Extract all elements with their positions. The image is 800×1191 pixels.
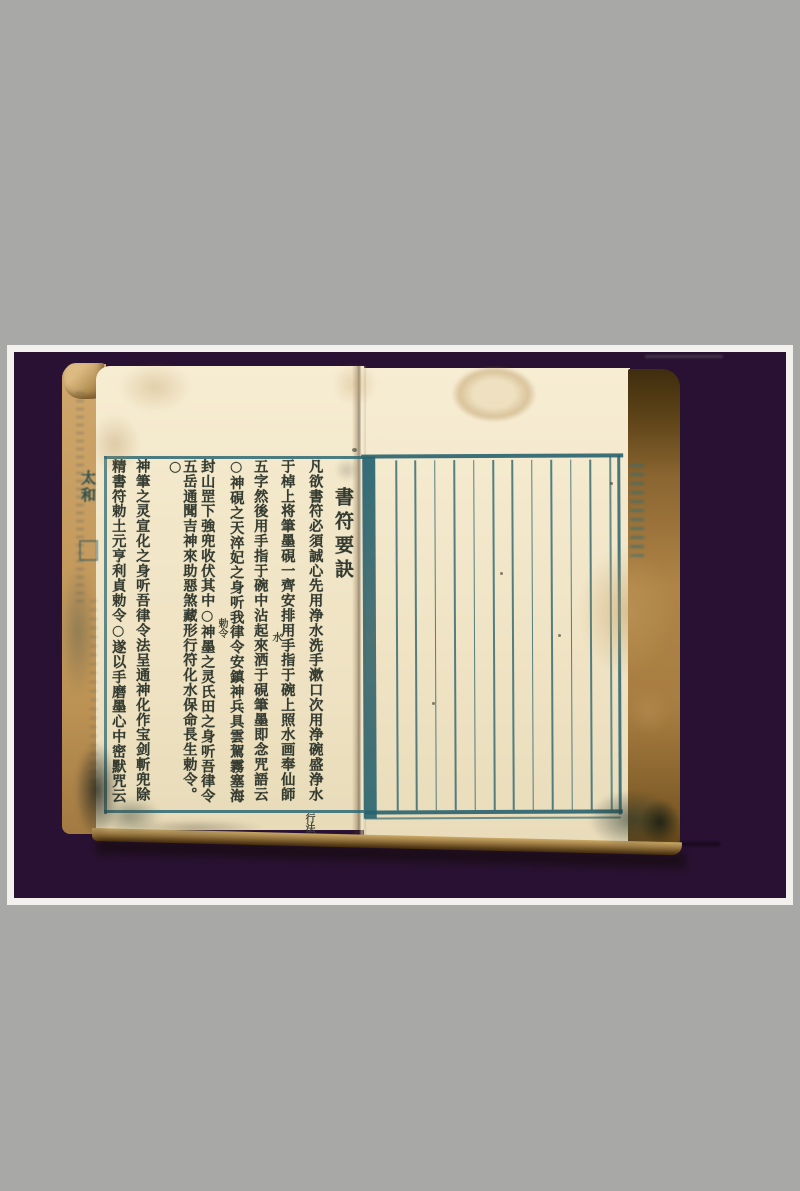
text-column-1: 凡欲書符必須誠心先用浄水洗手漱口次用浄碗盛浄水 bbox=[308, 459, 322, 815]
text-column-6: 五岳通聞吉神來助惡煞藏形行符化水保命長生勅令。○ bbox=[168, 459, 196, 815]
ruled-line bbox=[550, 460, 553, 810]
ink-speck bbox=[610, 482, 613, 485]
ruled-line bbox=[395, 460, 398, 810]
text-column-7: 神筆之灵宣化之身听吾律令法呈通神化作宝剑斬兜除 bbox=[135, 459, 149, 815]
ink-blot bbox=[640, 800, 680, 844]
ink-speck bbox=[432, 702, 435, 705]
faint-scribble bbox=[334, 458, 360, 482]
ink-speck bbox=[500, 572, 503, 575]
spine-smudge bbox=[60, 566, 96, 696]
ink-speck bbox=[558, 634, 561, 637]
ruled-line bbox=[473, 460, 476, 810]
ink-smudge bbox=[130, 820, 260, 836]
stain bbox=[90, 414, 140, 474]
fore-edge-ghost-text bbox=[630, 464, 644, 560]
text-column-4: ○神硯之天淬妃之身听我律令安鎮神兵具雲駕霧塞海 bbox=[229, 459, 243, 815]
small-note-column-3: 水 bbox=[268, 632, 283, 646]
stain bbox=[626, 686, 672, 736]
ruled-line bbox=[512, 460, 515, 810]
ruled-line bbox=[492, 460, 495, 810]
section-title: 書符要訣 bbox=[330, 487, 357, 599]
spine-edge-stamp bbox=[79, 540, 98, 561]
small-note-column-5: 勅令 bbox=[214, 618, 229, 642]
ruled-line bbox=[415, 460, 418, 810]
ruled-line bbox=[453, 460, 456, 810]
text-column-3: 五字然後用手指于碗中沾起來洒于硯筆墨即念咒語云 bbox=[253, 459, 267, 815]
spine-edge-label: 太和 bbox=[78, 470, 99, 534]
stain bbox=[452, 366, 536, 422]
stain bbox=[332, 362, 378, 406]
stain bbox=[118, 362, 192, 412]
mat-streak bbox=[645, 355, 723, 358]
ruled-line bbox=[531, 460, 534, 810]
ruled-line bbox=[570, 460, 573, 810]
text-column-5: 封山罡下強兜收伏其中○神墨之灵氏田之身听吾律令 bbox=[200, 459, 214, 815]
small-note-column-2: 行法 bbox=[301, 813, 316, 839]
photo-canvas: 太和 書符要訣 凡欲書符必須誠心先用浄水洗手漱口次用浄碗盛浄水 于棹上将筆墨硯一… bbox=[0, 0, 800, 1191]
ruled-line bbox=[434, 460, 437, 810]
ink-speck bbox=[352, 448, 357, 452]
stain bbox=[580, 548, 676, 676]
